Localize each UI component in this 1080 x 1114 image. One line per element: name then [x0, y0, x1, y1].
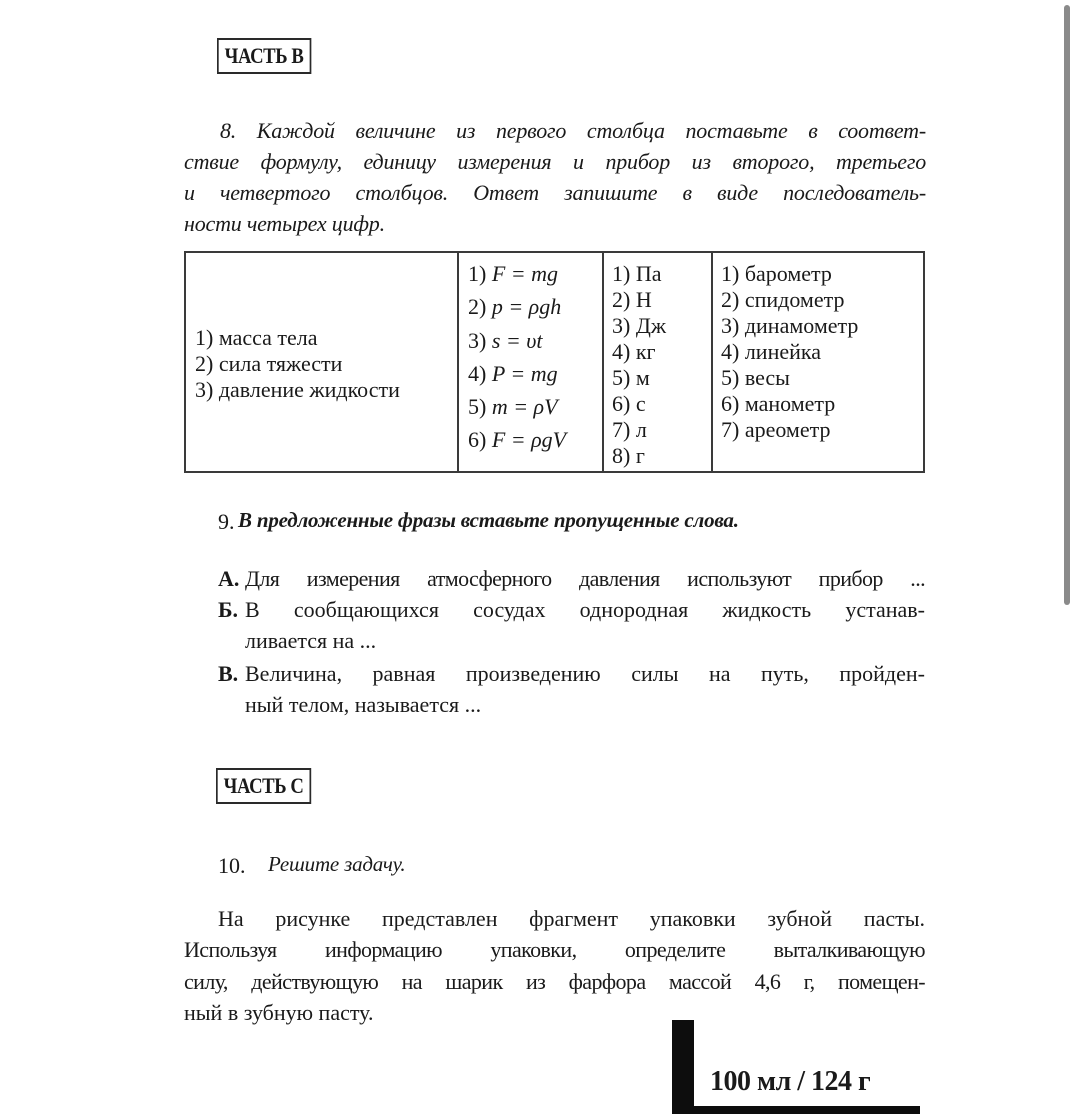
part-c-heading: ЧАСТЬ С — [216, 768, 311, 804]
task-9-instruction: В предложенные фразы вставьте пропущенны… — [238, 508, 739, 533]
task-8-line: ности четырех цифр. — [184, 211, 385, 237]
instrument-item: 2) спидометр — [721, 287, 844, 313]
unit-item: 6) с — [612, 391, 646, 417]
task-10-line: ный в зубную пасту. — [184, 1000, 373, 1026]
instrument-item: 6) манометр — [721, 391, 835, 417]
formula-item: 2) p = ρgh — [468, 294, 561, 320]
task-8-line: ствие формулу, единицу измерения и прибо… — [184, 149, 926, 175]
unit-item: 5) м — [612, 365, 650, 391]
quantity-item: 3) давление жидкости — [195, 377, 400, 403]
unit-item: 4) кг — [612, 339, 656, 365]
task-10-line: силу, действующую на шарик из фарфора ма… — [184, 969, 925, 995]
task-8-line: 8. Каждой величине из первого столбца по… — [220, 118, 926, 144]
instrument-item: 7) ареометр — [721, 417, 831, 443]
package-edge-horizontal — [672, 1106, 920, 1114]
task-8-line: и четвертого столбцов. Ответ запишите в … — [184, 180, 926, 206]
column-divider — [457, 253, 459, 471]
quantity-item: 1) масса тела — [195, 325, 318, 351]
formula-item: 3) s = υt — [468, 328, 542, 354]
item-b-label: Б. — [218, 597, 238, 623]
instrument-item: 5) весы — [721, 365, 790, 391]
package-edge-vertical — [672, 1020, 694, 1114]
quantity-item: 2) сила тяжести — [195, 351, 342, 377]
item-c-label: В. — [218, 661, 238, 687]
instrument-item: 3) динамометр — [721, 313, 858, 339]
package-label: 100 мл / 124 г — [710, 1066, 870, 1098]
task-10-line: Используя информацию упаковки, определит… — [184, 937, 925, 963]
task-10-line: На рисунке представлен фрагмент упаковки… — [218, 906, 925, 932]
instrument-item: 1) барометр — [721, 261, 832, 287]
instrument-item: 4) линейка — [721, 339, 821, 365]
item-c-text: Величина, равная произведению силы на пу… — [245, 661, 925, 687]
item-a-text: Для измерения атмосферного давления испо… — [245, 566, 925, 592]
item-b-text: В сообщающихся сосудах однородная жидкос… — [245, 597, 925, 623]
column-divider — [711, 253, 713, 471]
unit-item: 1) Па — [612, 261, 661, 287]
vertical-scrollbar[interactable] — [1064, 5, 1070, 605]
unit-item: 2) Н — [612, 287, 652, 313]
column-divider — [602, 253, 604, 471]
part-b-heading: ЧАСТЬ В — [217, 38, 311, 74]
item-a-label: А. — [218, 566, 239, 592]
formula-item: 4) P = mg — [468, 361, 558, 387]
unit-item: 8) г — [612, 443, 645, 469]
matching-table: 1) масса тела 2) сила тяжести 3) давлени… — [184, 251, 925, 473]
formula-item: 6) F = ρgV — [468, 427, 566, 453]
formula-item: 5) m = ρV — [468, 394, 558, 420]
item-c-text: ный телом, называется ... — [245, 692, 481, 718]
unit-item: 3) Дж — [612, 313, 666, 339]
formula-item: 1) F = mg — [468, 261, 558, 287]
task-9-number: 9. — [218, 509, 235, 535]
task-10-number: 10. — [218, 853, 246, 879]
item-b-text: ливается на ... — [245, 628, 376, 654]
unit-item: 7) л — [612, 417, 647, 443]
task-10-instruction: Решите задачу. — [268, 852, 405, 877]
